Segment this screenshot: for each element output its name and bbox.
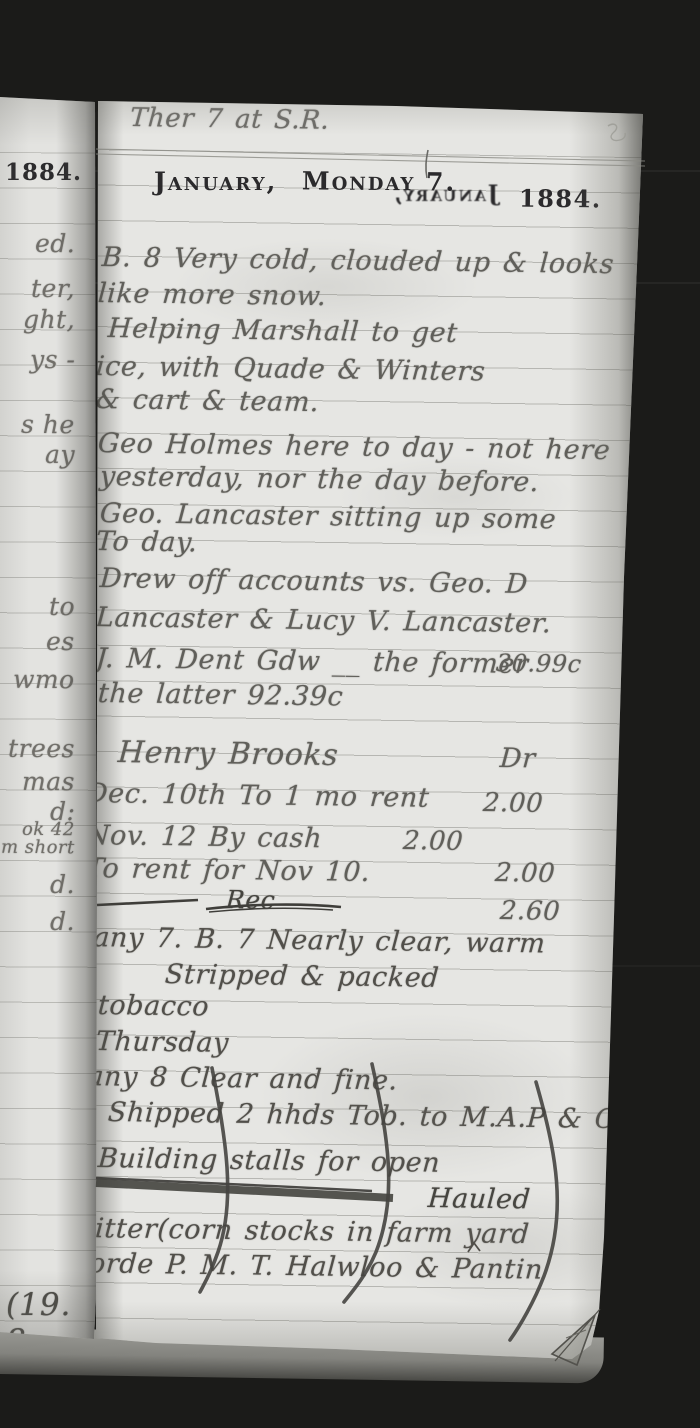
left-page: 1884. ed. ter, ght, ys - s he ay to es w… (0, 95, 97, 1345)
right-page: Ther 7 at S.R. January, Monday 7. Januar… (96, 97, 646, 1365)
gutter-shadow (0, 95, 97, 1345)
scanned-diary-spread: 1884. ed. ter, ght, ys - s he ay to es w… (0, 0, 700, 1428)
page-shading (96, 97, 646, 1365)
